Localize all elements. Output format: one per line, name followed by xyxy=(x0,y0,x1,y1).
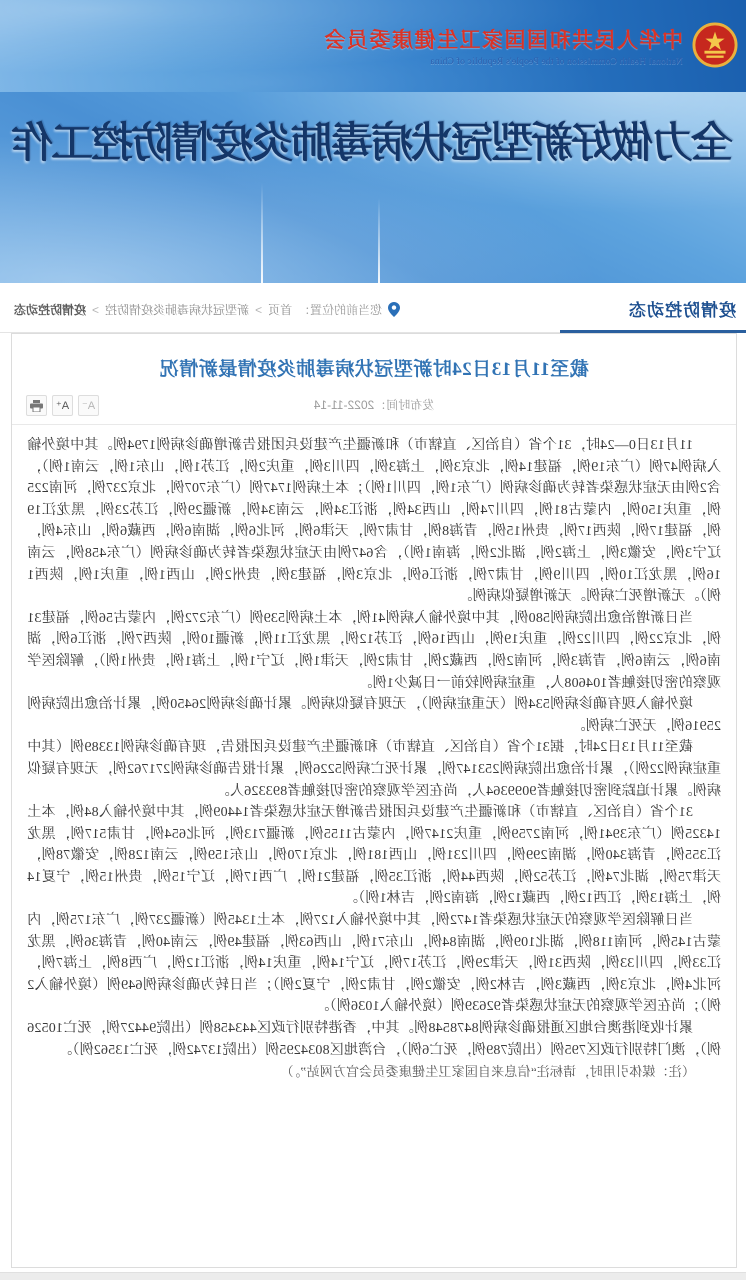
site-title-block: 中华人民共和国国家卫生健康委员会 National Health Commiss… xyxy=(323,24,683,67)
light-streak-decoration xyxy=(378,198,380,283)
breadcrumb-bar: 疫情防控动态 您当前的位置： 首页 > 新型冠状病毒肺炎疫情防控 > 疫情防控动… xyxy=(0,283,746,333)
citation-note: （注：媒体引用时，请标注“信息来自国家卫生健康委员会官方网站”。） xyxy=(27,1061,721,1083)
location-pin-icon xyxy=(388,302,400,317)
tab-yiqing-fangkong-dongtai[interactable]: 疫情防控动态 xyxy=(628,296,736,321)
paragraph: 境外输入现有确诊病例534例（无重症病例），无现有疑似病例。累计确诊病例2645… xyxy=(27,694,721,737)
article-toolbar: A⁻ A⁺ xyxy=(26,395,99,416)
site-title: 中华人民共和国国家卫生健康委员会 xyxy=(323,24,683,54)
printer-icon xyxy=(30,400,43,412)
publish-date: 发布时间：2022-11-14 xyxy=(26,396,722,424)
paragraph: 当日解除医学观察的无症状感染者1472例，其中境外输入127例，本土1345例（… xyxy=(27,910,721,1018)
paragraph: 11月13日0—24时，31个省（自治区、直辖市）和新疆生产建设兵团报告新增确诊… xyxy=(27,435,721,608)
article-header: 截至11月13日24时新型冠状病毒肺炎疫情最新情况 发布时间：2022-11-1… xyxy=(12,334,736,425)
paragraph: 累计收到港澳台地区通报确诊病例8478548例。其中，香港特别行政区443458… xyxy=(27,1018,721,1061)
national-emblem-icon xyxy=(692,22,738,68)
breadcrumb-separator: > xyxy=(255,303,262,317)
font-decrease-button[interactable]: A⁻ xyxy=(78,395,99,416)
breadcrumb-separator: > xyxy=(92,303,99,317)
nhc-webpage: 中华人民共和国国家卫生健康委员会 National Health Commiss… xyxy=(0,0,746,1280)
paragraph: 31个省（自治区、直辖市）和新疆生产建设兵团报告新增无症状感染者14409例，其… xyxy=(27,802,721,910)
site-header: 中华人民共和国国家卫生健康委员会 National Health Commiss… xyxy=(0,0,746,92)
site-subtitle: National Health Commission of the People… xyxy=(323,57,683,67)
article-card: 截至11月13日24时新型冠状病毒肺炎疫情最新情况 发布时间：2022-11-1… xyxy=(11,333,737,1268)
paragraph: 截至11月13日24时，据31个省（自治区、直辖市）和新疆生产建设兵团报告，现有… xyxy=(27,737,721,802)
article-title: 截至11月13日24时新型冠状病毒肺炎疫情最新情况 xyxy=(26,354,722,381)
paragraph: 当日新增治愈出院病例580例，其中境外输入病例41例，本土病例539例（广东27… xyxy=(27,608,721,694)
article-body: 11月13日0—24时，31个省（自治区、直辖市）和新疆生产建设兵团报告新增确诊… xyxy=(12,425,736,1083)
banner-title: 全力做好新型冠状病毒肺炎疫情防控工作 xyxy=(0,110,746,170)
page-footer-strip xyxy=(0,1272,746,1280)
breadcrumb-item-topic[interactable]: 新型冠状病毒肺炎疫情防控 xyxy=(105,301,249,318)
campaign-banner: 全力做好新型冠状病毒肺炎疫情防控工作 xyxy=(0,92,746,283)
font-increase-button[interactable]: A⁺ xyxy=(52,395,73,416)
light-streak-decoration xyxy=(261,183,263,283)
print-button[interactable] xyxy=(26,395,47,416)
breadcrumb-item-home[interactable]: 首页 xyxy=(268,301,292,318)
site-brand[interactable]: 中华人民共和国国家卫生健康委员会 National Health Commiss… xyxy=(323,22,738,68)
breadcrumb: 您当前的位置： 首页 > 新型冠状病毒肺炎疫情防控 > 疫情防控动态 xyxy=(14,301,400,318)
breadcrumb-label: 您当前的位置： xyxy=(298,301,382,318)
breadcrumb-item-current: 疫情防控动态 xyxy=(14,301,86,318)
